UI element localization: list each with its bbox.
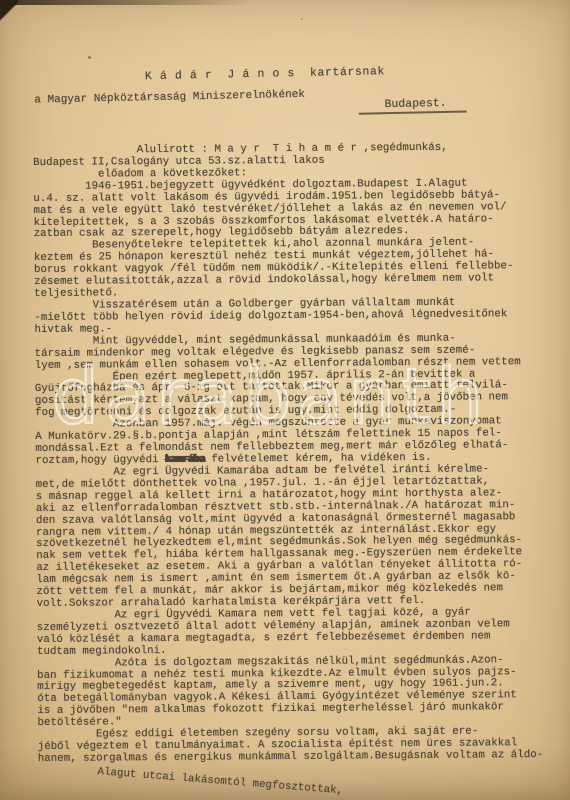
overstruck-word: kamrába (165, 454, 205, 466)
letter-body-text: Alulirott : M a y r T i h a m é r ,segéd… (33, 142, 568, 766)
city-underlined: Budapest. (358, 96, 466, 114)
recipient-title: a Magyar Népköztársaság Miniszerelnökéne… (34, 89, 305, 107)
recipient-name: K á d á r J á n o s kartársnak (145, 65, 385, 83)
scanned-letter-page: K á d á r J á n o s kartársnak a Magyar … (0, 0, 570, 800)
city-line: Budapest. (358, 96, 466, 114)
